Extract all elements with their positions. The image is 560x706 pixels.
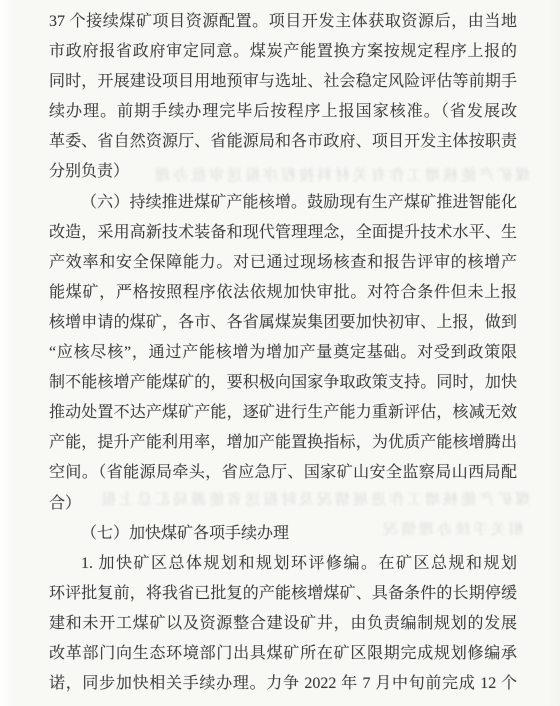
text-line: 制不能核增产能煤矿的，要积极向国家争取政策支持。同时，加快 — [49, 368, 517, 398]
text-line: 同时，开展建设项目用地预审与选址、社会稳定风险评估等前期手 — [49, 67, 517, 97]
text-line: 诺，同步加快相关手续办理。力争 2022 年 7 月中旬前完成 12 个 — [49, 669, 517, 699]
text-line: 空间。（省能源局牵头，省应急厅、国家矿山安全监察局山西局配 — [49, 458, 517, 488]
section-heading-seven: （七）加快煤矿各项手续办理 — [49, 519, 517, 549]
text-line: 革委、省自然资源厅、省能源局和各市政府、项目开发主体按职责 — [49, 127, 517, 157]
text-line: 环评批复前，将我省已批复的产能核增煤矿、具备条件的长期停缓 — [49, 579, 517, 609]
numbered-item-line: 1. 加快矿区总体规划和规划环评修编。在矿区总规和规划 — [49, 549, 517, 579]
text-line: “应核尽核”，通过产能核增为增加产量奠定基础。对受到政策限 — [49, 338, 517, 368]
text-line: 核增申请的煤矿，各市、各省属煤炭集团要加快初审、上报，做到 — [49, 308, 517, 338]
scanned-document-page: 煤矿产能核增工作有关材料按程序报送审批办理 煤矿产能核增工作进展情况及时报送省能… — [0, 0, 560, 706]
text-line: 建和未开工煤矿以及资源整合建设矿井，由负责编制规划的发展 — [49, 609, 517, 639]
text-line: 产效率和安全保障能力。对已通过现场核查和报告评审的核增产 — [49, 248, 517, 278]
text-line: 续办理。前期手续办理完毕后按程序上报国家核准。（省发展改 — [49, 97, 517, 127]
text-line: 推动处置不达产煤矿产能，逐矿进行生产能力重新评估，核减无效 — [49, 398, 517, 428]
text-line: 分别负责） — [49, 157, 517, 187]
text-line: 市政府报省政府审定同意。煤炭产能置换方案按规定程序上报的 — [49, 37, 517, 67]
text-line: 改革部门向生态环境部门出具煤矿所在矿区限期完成规划修编承 — [49, 639, 517, 669]
text-line: 能煤矿，严格按照程序依法依规加快审批。对符合条件但未上报 — [49, 278, 517, 308]
text-line: 合） — [49, 489, 517, 519]
text-line: 改造，采用高新技术装备和现代管理理念，全面提升技术水平、生 — [49, 218, 517, 248]
text-line: 产能，提升产能利用率，增加产能置换指标，为优质产能核增腾出 — [49, 428, 517, 458]
text-line: 37 个接续煤矿项目资源配置。项目开发主体获取资源后，由当地 — [49, 7, 517, 37]
document-text-block: 37 个接续煤矿项目资源配置。项目开发主体获取资源后，由当地 市政府报省政府审定… — [49, 7, 517, 699]
section-heading-six-line: （六）持续推进煤矿产能核增。鼓励现有生产煤矿推进智能化 — [49, 188, 517, 218]
